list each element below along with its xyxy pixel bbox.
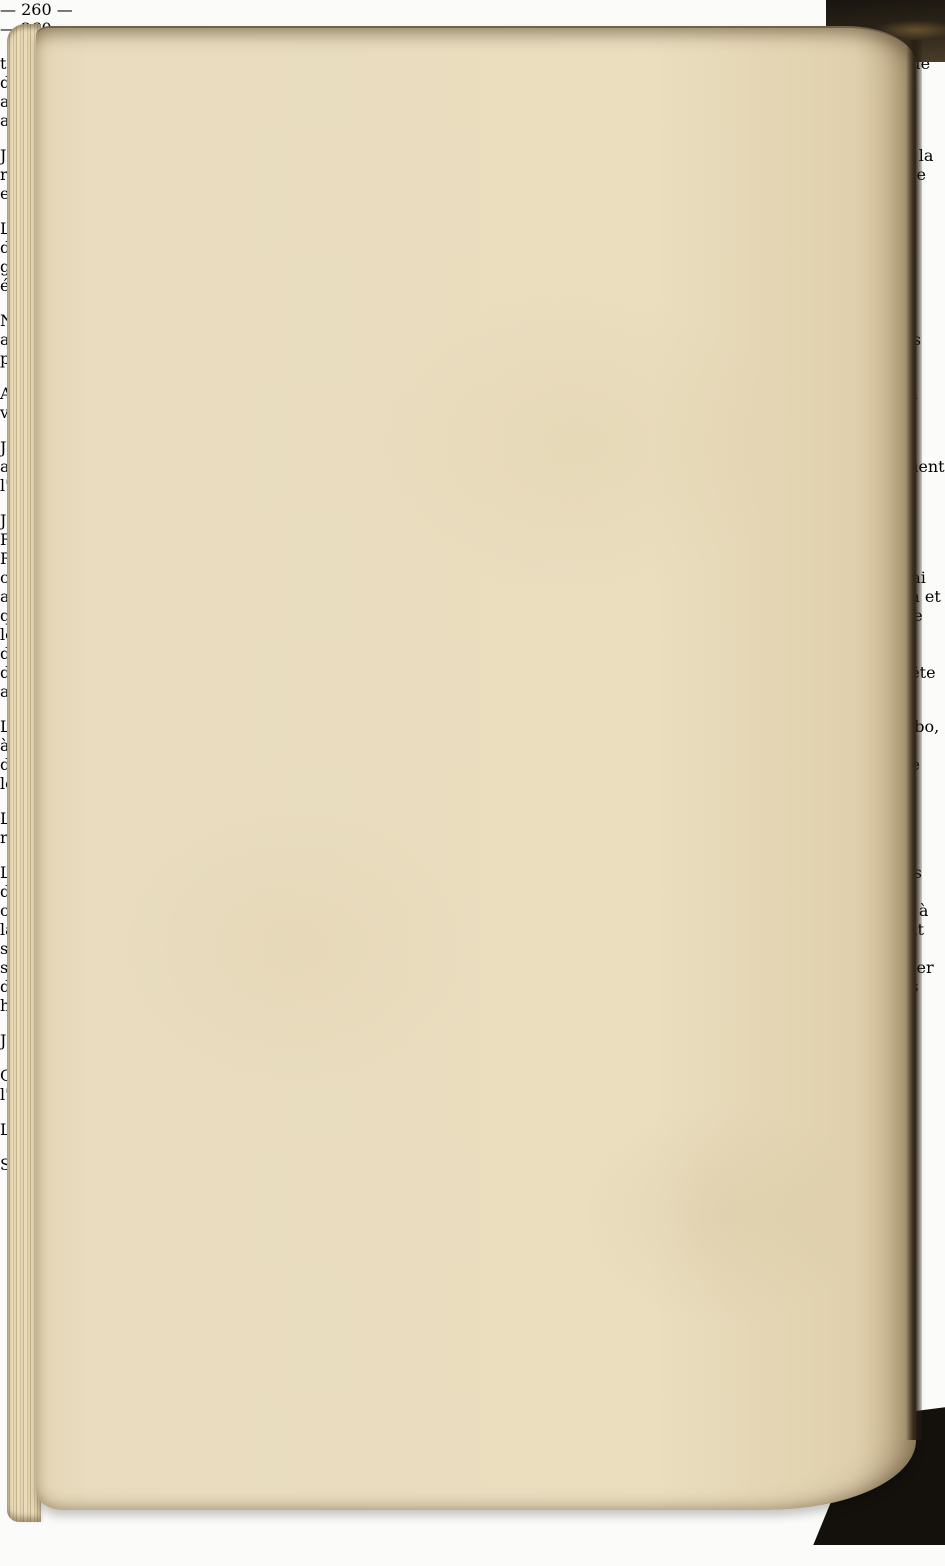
ghost-page-number: — 260 — [0, 0, 945, 19]
facing-page-edge [918, 54, 945, 1436]
book-scan: — 260 — — 260 — tsinjomitondraka, sur la… [0, 0, 945, 1566]
book-page [36, 26, 916, 1510]
book-gutter-shadow [906, 40, 922, 1440]
